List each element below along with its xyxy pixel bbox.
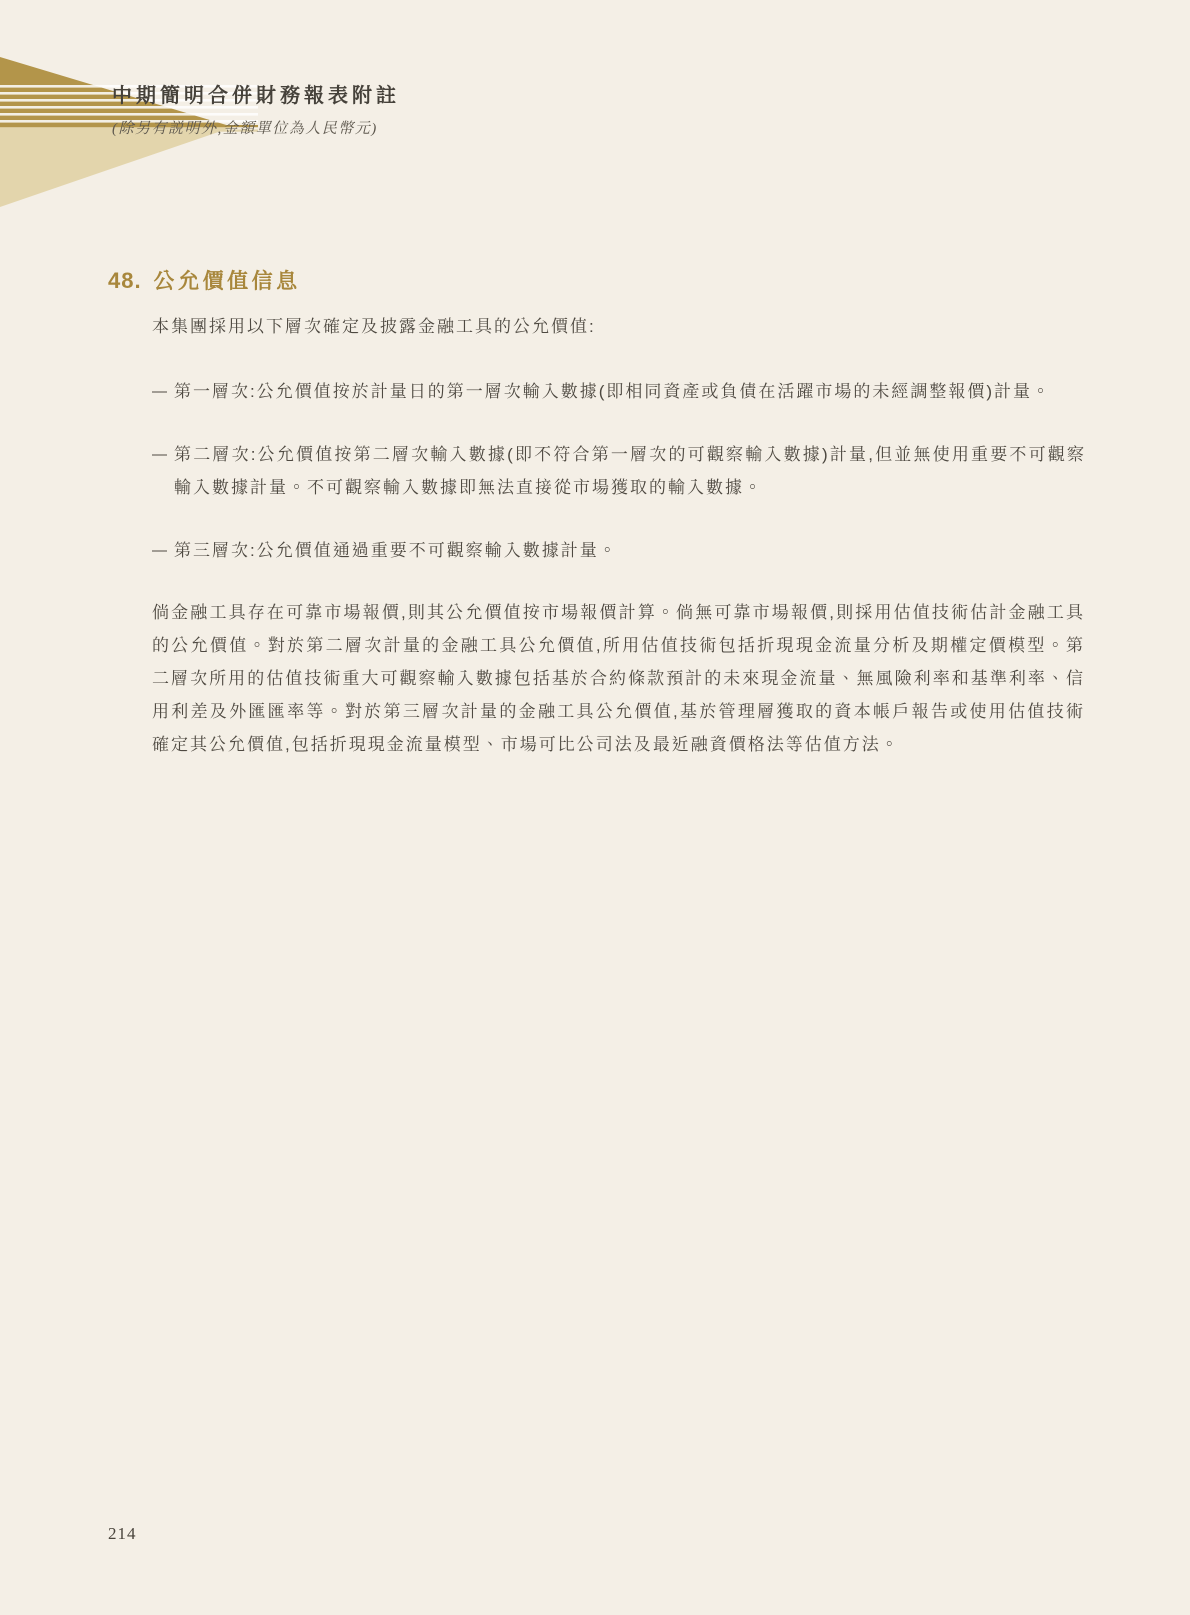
section-title: 公允價值信息 xyxy=(154,270,301,293)
report-header: 中期簡明合併財務報表附註 (除另有説明外,金額單位為人民幣元) xyxy=(112,82,400,140)
valuation-technique-paragraph: 倘金融工具存在可靠市場報價,則其公允價值按市場報價計算。倘無可靠市場報價,則採用… xyxy=(152,596,1085,761)
document-page: 中期簡明合併財務報表附註 (除另有説明外,金額單位為人民幣元) 48.公允價值信… xyxy=(0,0,1190,1615)
fair-value-level-list: — 第一層次:公允價值按於計量日的第一層次輸入數據(即相同資產或負債在活躍市場的… xyxy=(152,375,1086,567)
bullet-dash: — xyxy=(152,534,174,567)
list-item-level-1: — 第一層次:公允價值按於計量日的第一層次輸入數據(即相同資產或負債在活躍市場的… xyxy=(152,375,1086,408)
list-item-text: 第三層次:公允價值通過重要不可觀察輸入數據計量。 xyxy=(174,534,1086,567)
list-item-text: 第一層次:公允價值按於計量日的第一層次輸入數據(即相同資產或負債在活躍市場的未經… xyxy=(174,375,1086,408)
bullet-dash: — xyxy=(152,438,174,504)
section-heading: 48.公允價值信息 xyxy=(108,266,301,299)
report-title: 中期簡明合併財務報表附註 xyxy=(112,82,400,110)
bullet-dash: — xyxy=(152,375,174,408)
list-item-level-3: — 第三層次:公允價值通過重要不可觀察輸入數據計量。 xyxy=(152,534,1086,567)
page-number: 214 xyxy=(108,1524,137,1544)
section-number: 48. xyxy=(108,268,142,293)
report-subtitle: (除另有説明外,金額單位為人民幣元) xyxy=(112,118,400,140)
list-item-level-2: — 第二層次:公允價值按第二層次輸入數據(即不符合第一層次的可觀察輸入數據)計量… xyxy=(152,438,1086,504)
section-intro-paragraph: 本集團採用以下層次確定及披露金融工具的公允價值: xyxy=(152,310,1085,343)
list-item-text: 第二層次:公允價值按第二層次輸入數據(即不符合第一層次的可觀察輸入數據)計量,但… xyxy=(174,438,1086,504)
